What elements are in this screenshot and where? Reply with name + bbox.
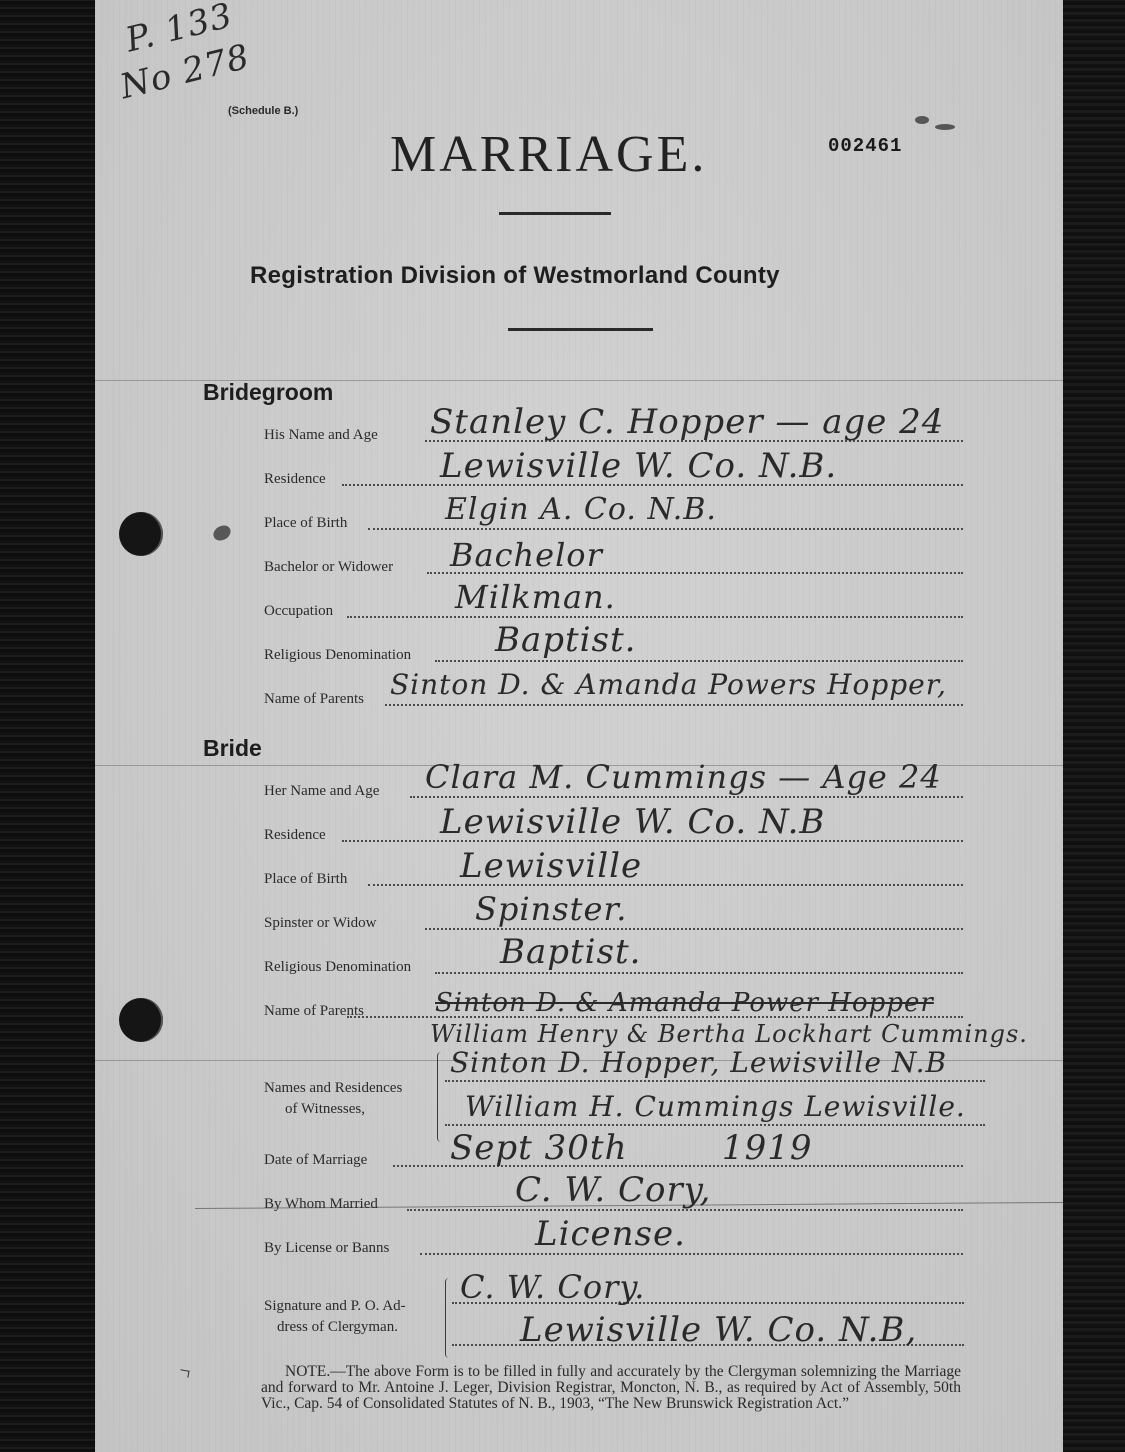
ink-smudge [915,116,929,124]
registration-division: Registration Division of Westmorland Cou… [250,262,780,290]
clergyman-address: Lewisville W. Co. N.B, [520,1310,917,1350]
clergyman-label-line1: Signature and P. O. Ad- [264,1298,406,1315]
bride-status-value: Spinster. [475,890,627,928]
witnesses-label-line1: Names and Residences [264,1080,402,1097]
groom-status-value: Bachelor [450,536,603,574]
witnesses-label-line2: of Witnesses, [285,1101,365,1118]
bride-parents-value: William Henry & Bertha Lockhart Cummings… [430,1020,1028,1048]
marriage-record-page: P. 133 No 278 (Schedule B.) MARRIAGE. 00… [95,0,1063,1452]
groom-religion-line [435,660,963,662]
bride-name-value: Clara M. Cummings — Age 24 [425,758,942,796]
bride-name-label: Her Name and Age [264,783,379,800]
groom-birthplace-line [368,528,963,530]
officiant-label: By Whom Married [264,1196,378,1213]
clergyman-label-line2: dress of Clergyman. [277,1319,398,1336]
groom-occupation-label: Occupation [264,603,333,620]
title-divider [499,212,611,215]
groom-residence-label: Residence [264,471,326,488]
bride-residence-value: Lewisville W. Co. N.B [440,802,825,842]
license-value: License. [535,1214,686,1254]
groom-birthplace-label: Place of Birth [264,515,347,532]
groom-occupation-line [347,616,963,618]
ink-blot [211,522,234,543]
bride-birthplace-line [368,884,963,886]
witness-2-line [445,1124,985,1126]
bride-religion-value: Baptist. [500,932,641,972]
witness-1-value: Sinton D. Hopper, Lewisville N.B [450,1046,947,1079]
stray-mark [179,1369,189,1377]
division-divider [508,328,653,331]
bride-religion-label: Religious Denomination [264,959,411,976]
schedule-label: (Schedule B.) [228,105,298,117]
groom-status-label: Bachelor or Widower [264,559,393,576]
punch-hole [119,512,163,556]
clergyman-brace [445,1278,452,1358]
serial-number: 002461 [828,135,902,157]
groom-religion-value: Baptist. [495,620,636,660]
groom-name-label: His Name and Age [264,427,378,444]
witnesses-brace [437,1052,444,1142]
bride-status-label: Spinster or Widow [264,915,376,932]
groom-parents-label: Name of Parents [264,691,364,708]
license-line [420,1253,963,1255]
bride-religion-line [435,972,963,974]
witness-1-line [445,1080,985,1082]
date-label: Date of Marriage [264,1152,367,1169]
bride-residence-label: Residence [264,827,326,844]
groom-parents-value: Sinton D. & Amanda Powers Hopper, [390,668,947,701]
bride-birthplace-label: Place of Birth [264,871,347,888]
clergyman-signature: C. W. Cory. [460,1268,645,1306]
license-label: By License or Banns [264,1240,389,1257]
groom-occupation-value: Milkman. [455,578,616,616]
groom-religion-label: Religious Denomination [264,647,411,664]
bridegroom-heading: Bridegroom [203,379,333,406]
ink-smudge [935,124,955,130]
bride-status-line [425,928,963,930]
bride-parents-struck-value: Sinton D. & Amanda Power Hopper [435,988,934,1018]
groom-name-value: Stanley C. Hopper — age 24 [430,402,944,442]
bride-birthplace-value: Lewisville [460,846,642,886]
groom-birthplace-value: Elgin A. Co. N.B. [445,492,717,527]
punch-hole [119,998,163,1042]
scan-border-left [0,0,95,1452]
witness-2-value: William H. Cummings Lewisville. [465,1090,966,1123]
bride-heading: Bride [203,735,262,762]
instructions-note: NOTE.—The above Form is to be filled in … [261,1364,961,1412]
bride-name-line [410,796,963,798]
document-title: MARRIAGE. [390,125,707,184]
groom-parents-line [385,704,963,706]
groom-residence-value: Lewisville W. Co. N.B. [440,446,837,486]
date-value: Sept 30th 1919 [450,1128,812,1168]
scan-border-right [1063,0,1125,1452]
